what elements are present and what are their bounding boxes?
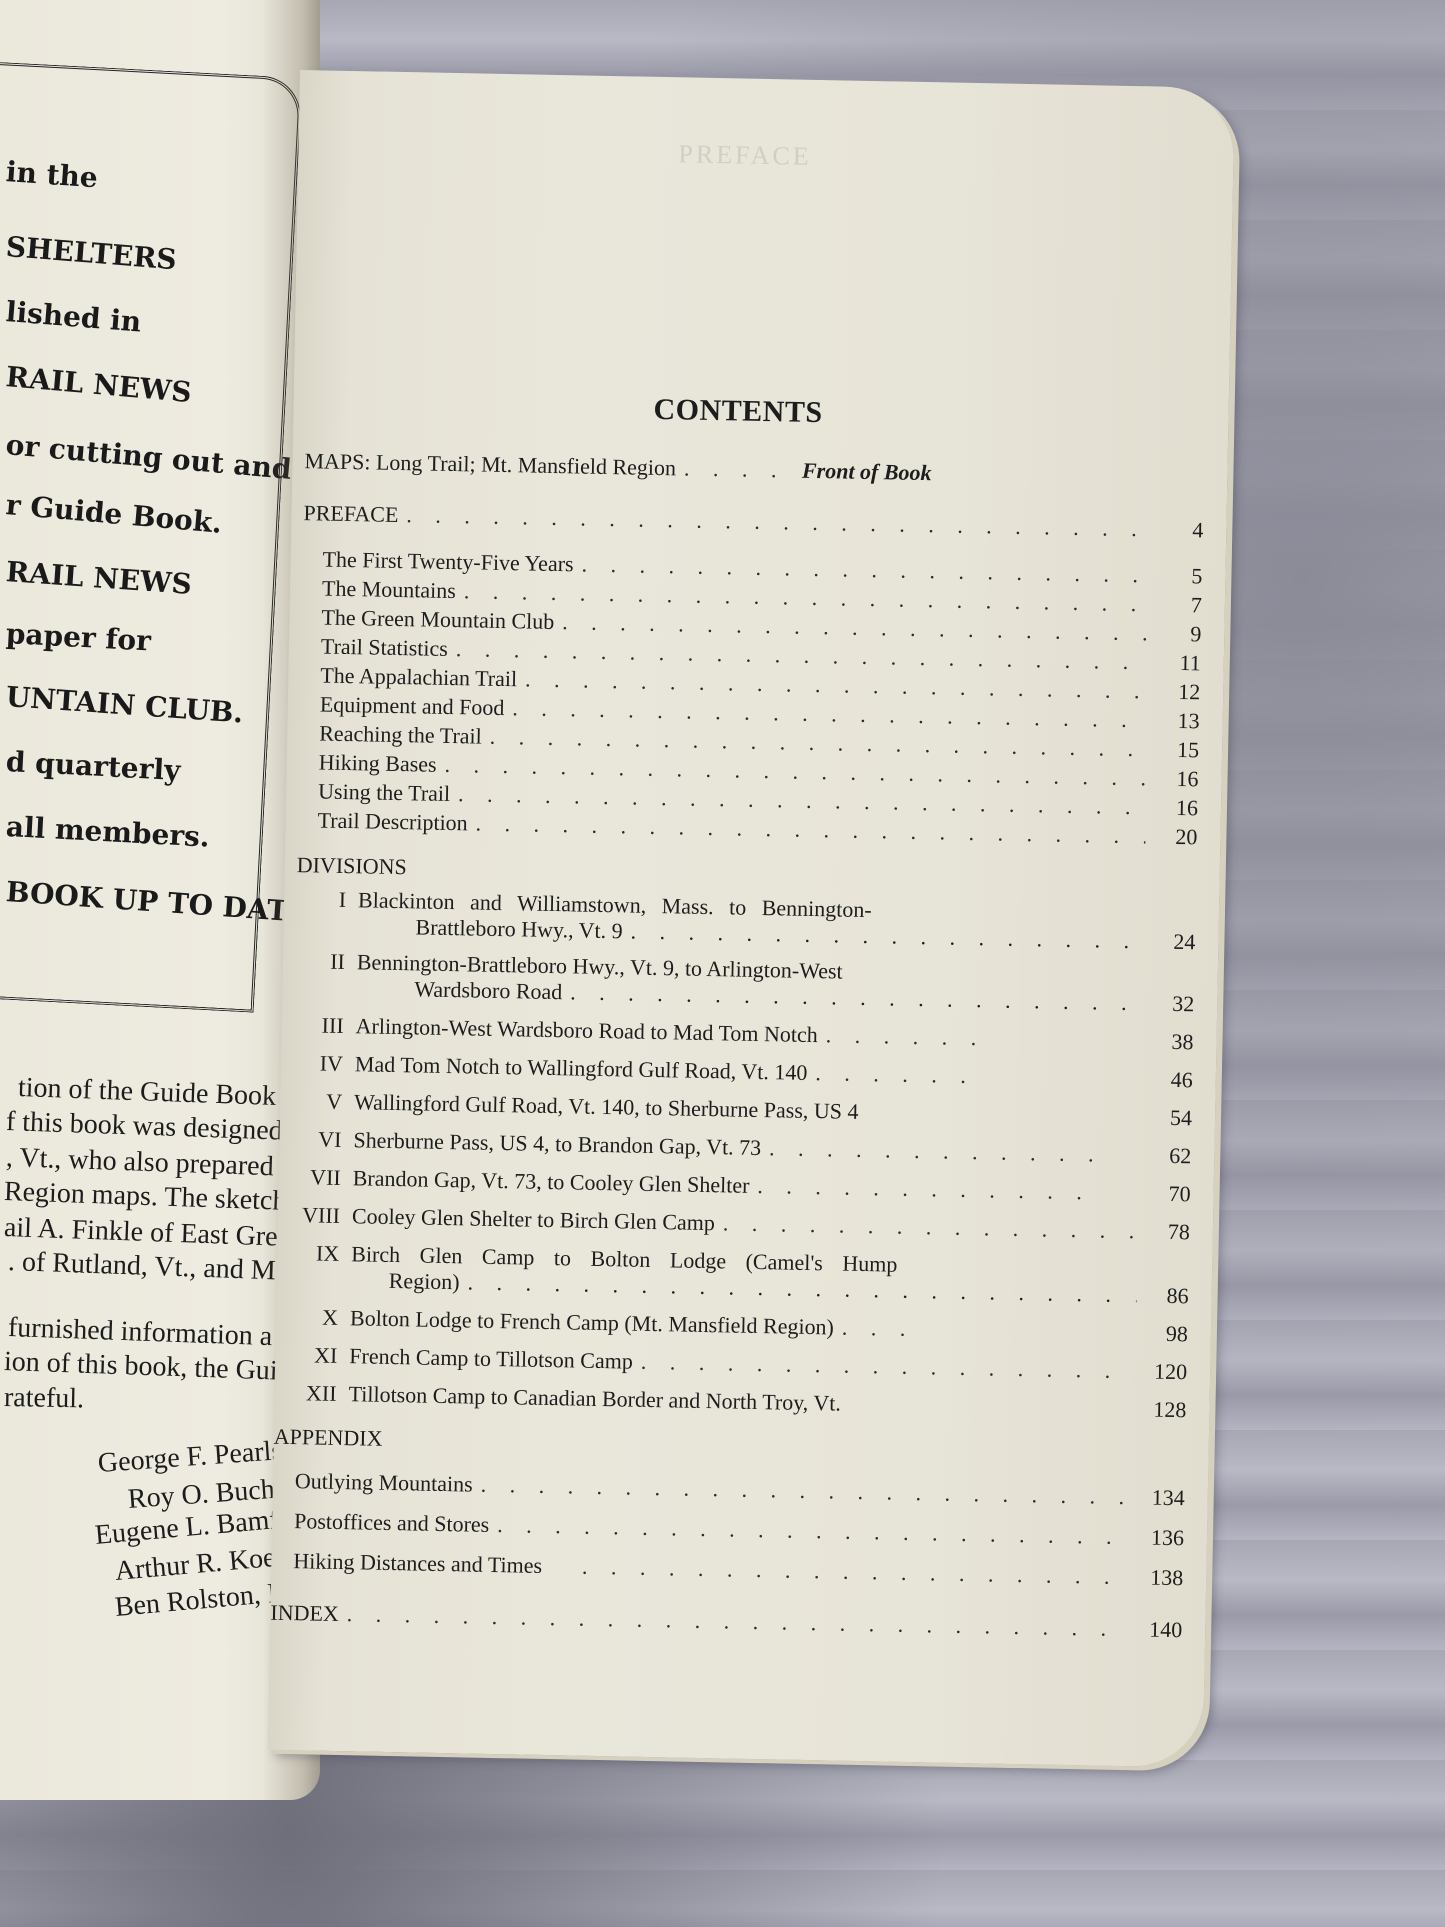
division-row: II Bennington-Brattleboro Hwy., Vt. 9, t… <box>294 948 1195 1021</box>
leader-dots: . . . . . . . . . . . . . . . . . . . . … <box>467 1269 1136 1308</box>
division-title: Arlington-West Wardsboro Road to Mad Tom… <box>355 1013 818 1048</box>
division-numeral: XI <box>287 1342 337 1369</box>
notice-line: in the <box>5 155 99 194</box>
show-through-heading: PREFACE <box>678 139 812 172</box>
division-title: Wallingford Gulf Road, Vt. 140, to Sherb… <box>354 1089 859 1125</box>
division-row: VIII Cooley Glen Shelter to Birch Glen C… <box>290 1202 1190 1245</box>
division-row: XI French Camp to Tillotson Camp . . . .… <box>287 1342 1187 1385</box>
division-numeral: VI <box>291 1126 341 1153</box>
division-row: XII Tillotson Camp to Canadian Border an… <box>286 1380 1186 1423</box>
leader-dots: . . . . . . . . . . . . . . . . . . . . … <box>480 1472 1133 1511</box>
leader-dots: . . . . . . . . . . . . . . . . . . . . … <box>406 502 1151 542</box>
division-numeral: IV <box>293 1050 343 1077</box>
credit-line: rateful. <box>4 1382 85 1415</box>
toc-page: 140 <box>1138 1616 1182 1643</box>
division-title-cont: Wardsboro Road <box>414 976 562 1005</box>
toc-page: 7 <box>1158 592 1202 619</box>
toc-page: 138 <box>1139 1564 1183 1591</box>
toc-page: 16 <box>1154 766 1198 793</box>
right-page: PREFACE CONTENTS MAPS: Long Trail; Mt. M… <box>268 70 1235 1768</box>
toc-page: 54 <box>1148 1104 1192 1131</box>
toc-page: 15 <box>1155 737 1199 764</box>
leader-dots: . . . . . . . . . . . . . . . . . . . . … <box>497 1512 1132 1550</box>
toc-page: 16 <box>1154 795 1198 822</box>
division-numeral: V <box>292 1088 342 1115</box>
toc-page: 128 <box>1142 1396 1186 1423</box>
toc-page: 62 <box>1147 1142 1191 1169</box>
toc-page: 11 <box>1157 650 1201 677</box>
leader-dots <box>849 1417 1135 1422</box>
toc-label: The Green Mountain Club <box>321 605 554 635</box>
division-numeral: VIII <box>290 1202 340 1229</box>
toc-row-index: INDEX . . . . . . . . . . . . . . . . . … <box>270 1600 1182 1644</box>
division-title: Cooley Glen Shelter to Birch Glen Camp <box>352 1203 715 1236</box>
toc-label: Using the Trail <box>318 778 451 807</box>
division-row: VII Brandon Gap, Vt. 73, to Cooley Glen … <box>290 1164 1190 1207</box>
toc-page: 9 <box>1157 621 1201 648</box>
toc-label: Trail Description <box>317 807 468 836</box>
toc-page: 32 <box>1150 990 1194 1017</box>
toc-label: The First Twenty-Five Years <box>322 547 573 578</box>
toc-label: Postoffices and Stores <box>294 1508 490 1538</box>
division-row: VI Sherburne Pass, US 4, to Brandon Gap,… <box>291 1126 1191 1169</box>
division-row: IX Birch Glen Camp to Bolton Lodge (Came… <box>288 1240 1189 1313</box>
toc-page: 13 <box>1155 708 1199 735</box>
leader-dots: . . . <box>842 1315 1137 1347</box>
toc-page: 4 <box>1159 517 1203 544</box>
division-row: IV Mad Tom Notch to Wallingford Gulf Roa… <box>293 1050 1193 1093</box>
credit-line: . of Rutland, Vt., and M <box>7 1246 276 1287</box>
leader-dots: . . . . . . . . . . . . . . . . . . . . … <box>630 919 1143 955</box>
leader-dots: . . . . . . . . . . <box>684 455 794 483</box>
toc-row: Postoffices and Stores . . . . . . . . .… <box>294 1508 1184 1551</box>
toc-page: 134 <box>1141 1484 1185 1511</box>
toc-page: 12 <box>1156 679 1200 706</box>
toc-row-maps: MAPS: Long Trail; Mt. Mansfield Region .… <box>304 448 1204 491</box>
toc-label: The Appalachian Trail <box>320 663 517 693</box>
leader-dots: . . . . . . . . . . . . . . . . . . . . … <box>582 1554 1132 1591</box>
toc-page: 24 <box>1151 929 1195 956</box>
leader-dots <box>866 1125 1140 1130</box>
toc-row: Outlying Mountains . . . . . . . . . . .… <box>295 1468 1185 1511</box>
division-title: French Camp to Tillotson Camp <box>349 1343 633 1374</box>
appendix-heading: APPENDIX <box>274 1424 383 1452</box>
toc-page: 98 <box>1144 1320 1188 1347</box>
toc-page: 46 <box>1149 1066 1193 1093</box>
toc-page: 78 <box>1146 1218 1190 1245</box>
division-row: I Blackinton and Williamstown, Mass. to … <box>295 886 1196 959</box>
toc-label: Equipment and Food <box>320 691 505 721</box>
division-title: Mad Tom Notch to Wallingford Gulf Road, … <box>355 1051 808 1086</box>
division-title-cont: Brattleboro Hwy., Vt. 9 <box>415 914 623 944</box>
division-numeral: III <box>293 1012 343 1039</box>
toc-page: 20 <box>1153 824 1197 851</box>
toc-label: Trail Statistics <box>321 634 448 662</box>
division-title: Sherburne Pass, US 4, to Brandon Gap, Vt… <box>353 1127 761 1161</box>
contents-title: CONTENTS <box>653 393 823 430</box>
toc-label: The Mountains <box>322 576 456 605</box>
signatory: George F. Pearls <box>97 1435 283 1480</box>
division-numeral: XII <box>286 1380 336 1407</box>
toc-label: Hiking Distances and Times <box>293 1548 542 1579</box>
leader-dots: . . . . . . . . . . . . <box>757 1173 1139 1206</box>
toc-page: 86 <box>1144 1282 1188 1309</box>
toc-page: Front of Book <box>802 458 932 486</box>
division-numeral: IX <box>289 1240 339 1267</box>
toc-label: INDEX <box>270 1600 339 1627</box>
leader-dots: . . . . . . . . . . . . . . . . . . . . … <box>641 1349 1136 1384</box>
division-numeral: II <box>295 948 345 975</box>
credit-line: ion of this book, the Gui <box>3 1346 278 1388</box>
division-row: V Wallingford Gulf Road, Vt. 140, to She… <box>292 1088 1192 1131</box>
toc-row-preface: PREFACE . . . . . . . . . . . . . . . . … <box>303 500 1203 543</box>
division-title-cont: Region) <box>389 1268 460 1295</box>
division-title: Brandon Gap, Vt. 73, to Cooley Glen Shel… <box>352 1165 749 1199</box>
division-title: Bolton Lodge to French Camp (Mt. Mansfie… <box>350 1305 834 1340</box>
toc-label: Reaching the Trail <box>319 720 482 749</box>
toc-label: MAPS: Long Trail; Mt. Mansfield Region <box>304 448 676 481</box>
leader-dots: . . . . . . . . . . . . . . . . . . . . … <box>347 1601 1131 1642</box>
divisions-heading: DIVISIONS <box>296 852 406 880</box>
division-numeral: VII <box>290 1164 340 1191</box>
division-title: Tillotson Camp to Canadian Border and No… <box>348 1381 841 1416</box>
toc-page: 70 <box>1146 1180 1190 1207</box>
toc-label: Hiking Bases <box>318 749 436 777</box>
toc-page: 38 <box>1149 1028 1193 1055</box>
leader-dots: . . . . . . <box>825 1022 1141 1054</box>
toc-row: Hiking Distances and Times . . . . . . .… <box>293 1548 1183 1591</box>
leader-dots: . . . . . . . . . . . . . . . . . . <box>723 1210 1138 1244</box>
leader-dots: . . . . . . . . . . . . <box>769 1135 1140 1168</box>
toc-page: 120 <box>1143 1358 1187 1385</box>
leader-dots: . . . . . . . . . . . . . . . . . . . . … <box>570 979 1142 1016</box>
toc-page: 5 <box>1158 563 1202 590</box>
division-numeral: X <box>288 1304 338 1331</box>
toc-label: PREFACE <box>303 500 398 528</box>
toc-page: 136 <box>1140 1524 1184 1551</box>
toc-label: Outlying Mountains <box>295 1468 473 1497</box>
leader-dots: . . . . . . <box>815 1060 1141 1092</box>
division-numeral: I <box>296 886 346 913</box>
notice-box <box>0 60 303 1013</box>
